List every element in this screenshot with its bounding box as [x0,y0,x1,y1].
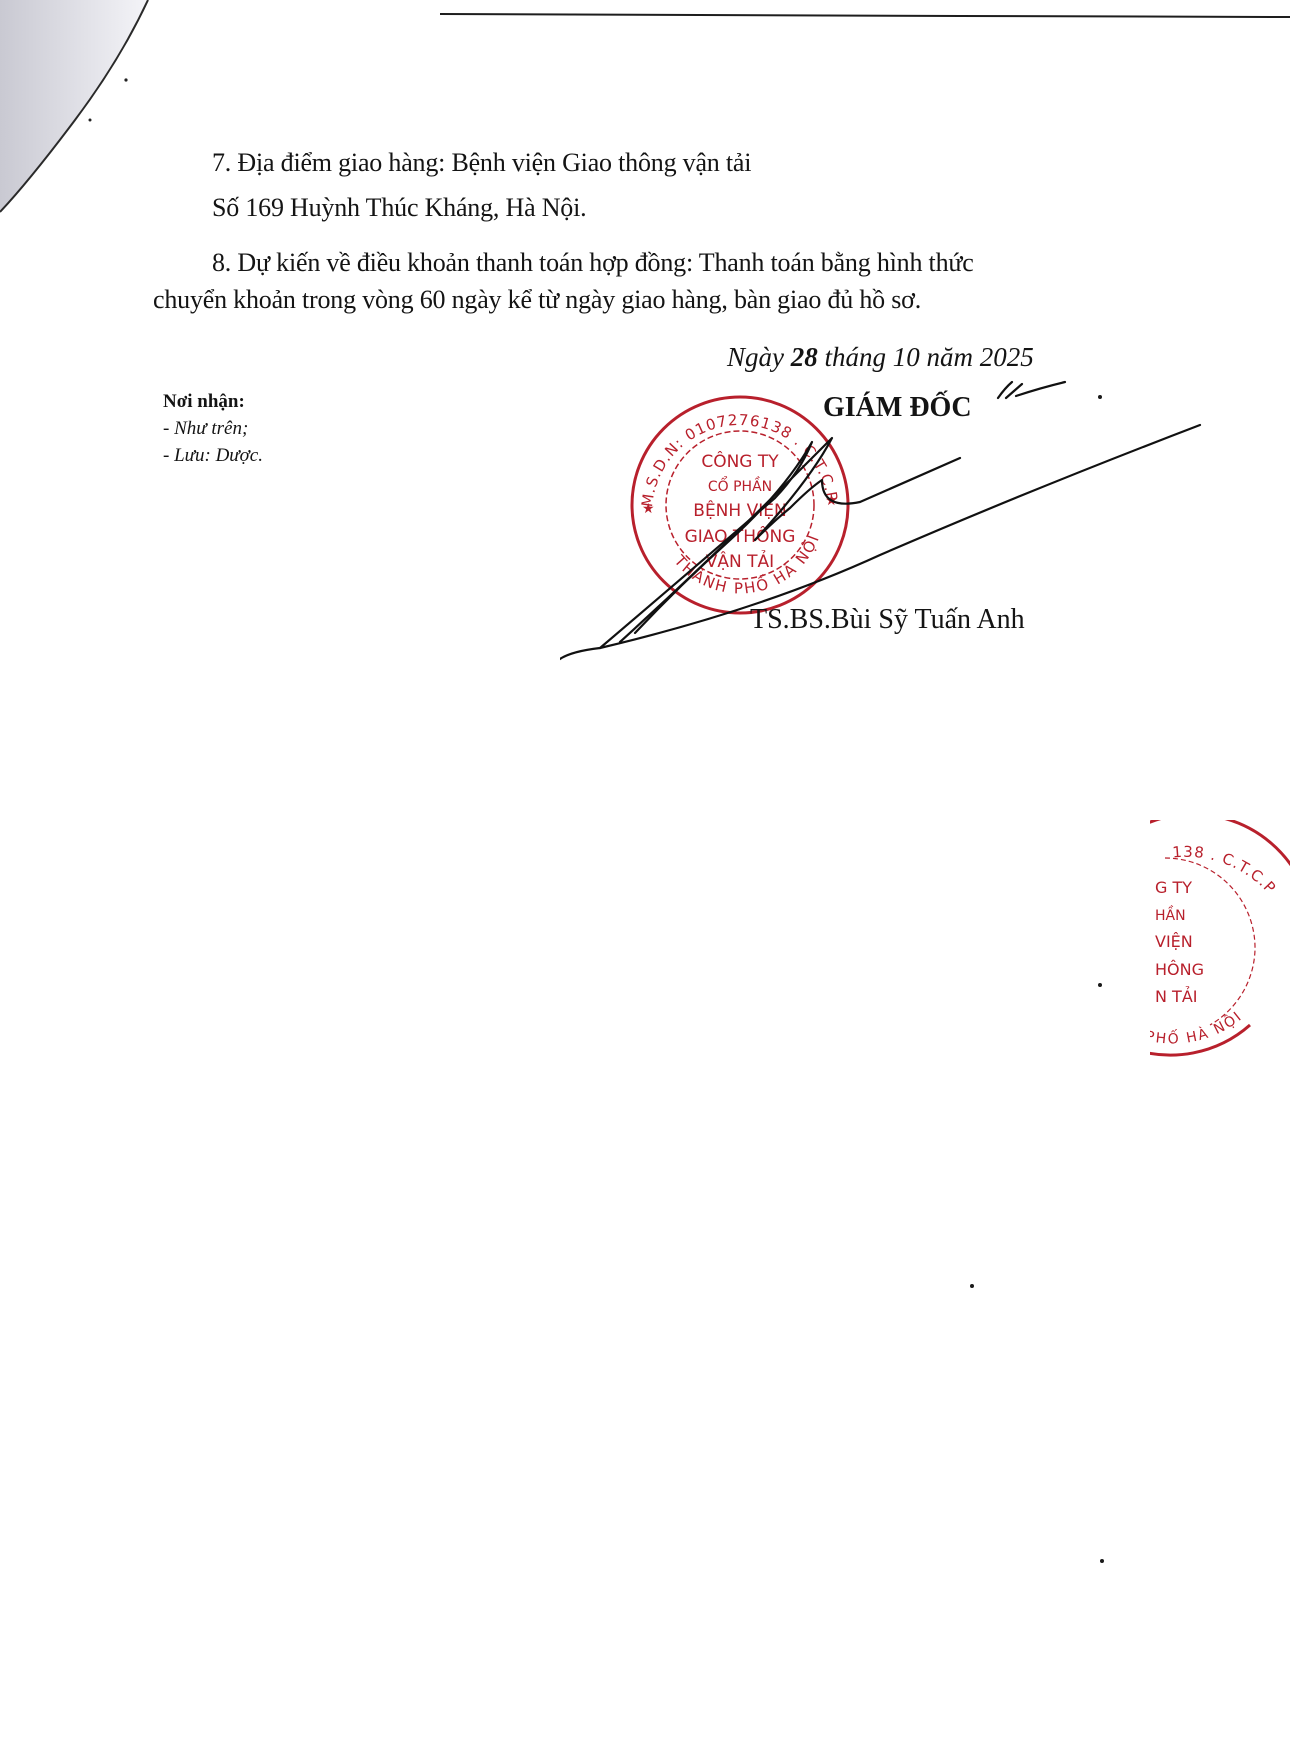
item-7-address: Số 169 Huỳnh Thúc Kháng, Hà Nội. [212,195,586,221]
date-day-handwritten: 28 [791,342,818,372]
date-prefix: Ngày [727,342,784,372]
document-date: Ngày 28 tháng 10 năm 2025 [727,342,1034,373]
partial-stamp-line: HÔNG [1155,960,1204,979]
partial-stamp-line: VIỆN [1155,932,1193,951]
date-month-year: tháng 10 năm 2025 [825,342,1034,372]
partial-stamp-ring-bottom-text: PHỐ HÀ NỘI [1150,1008,1246,1047]
partial-seal-stamp-edge: 138 . C.T.C.P PHỐ HÀ NỘI G TY HẦN VIỆN H… [1150,820,1290,1060]
signer-name: TS.BS.Bùi Sỹ Tuấn Anh [750,604,1025,636]
scan-speck [1100,1559,1104,1563]
item-8-payment-terms: 8. Dự kiến về điều khoản thanh toán hợp … [212,250,974,276]
partial-stamp-line: N TẢI [1155,986,1198,1006]
recipients-heading: Nơi nhận: [163,388,263,415]
scan-speck [1098,395,1102,399]
top-horizontal-rule [440,12,1290,18]
page-curl-shadow [0,0,160,230]
recipient-item: - Như trên; [163,415,263,442]
scan-speck [1098,983,1102,987]
partial-stamp-line: G TY [1155,878,1192,897]
item-7-delivery-location: 7. Địa điểm giao hàng: Bệnh viện Giao th… [212,150,751,176]
recipients-block: Nơi nhận: - Như trên; - Lưu: Dược. [163,388,263,469]
recipient-item: - Lưu: Dược. [163,442,263,469]
scan-speck [970,1284,974,1288]
partial-stamp-line: HẦN [1155,905,1186,924]
item-8-payment-terms-continued: chuyển khoản trong vòng 60 ngày kể từ ng… [153,287,921,313]
